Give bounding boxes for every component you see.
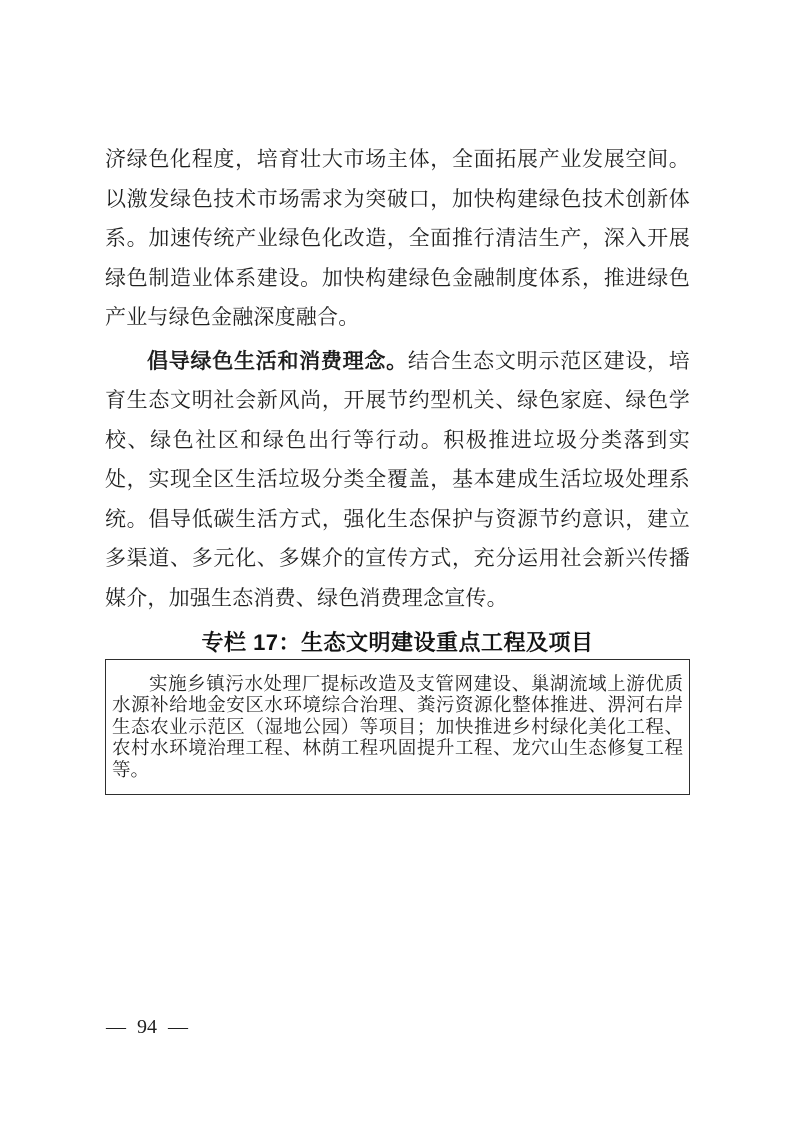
- document-page: 济绿色化程度，培育壮大市场主体，全面拓展产业发展空间。以激发绿色技术市场需求为突…: [0, 0, 793, 1122]
- page-number: — 94 —: [106, 1013, 188, 1041]
- column-box-title: 专栏 17：生态文明建设重点工程及项目: [105, 628, 690, 658]
- paragraph-lead-bold: 倡导绿色生活和消费理念。: [147, 349, 408, 373]
- column-box-body: 实施乡镇污水处理厂提标改造及支管网建设、巢湖流域上游优质水源补给地金安区水环境综…: [112, 675, 683, 782]
- column-box: 实施乡镇污水处理厂提标改造及支管网建设、巢湖流域上游优质水源补给地金安区水环境综…: [105, 659, 690, 795]
- page-content: 济绿色化程度，培育壮大市场主体，全面拓展产业发展空间。以激发绿色技术市场需求为突…: [105, 140, 690, 795]
- paragraph-continuation: 济绿色化程度，培育壮大市场主体，全面拓展产业发展空间。以激发绿色技术市场需求为突…: [105, 140, 690, 338]
- paragraph-body-text: 结合生态文明示范区建设，培育生态文明社会新风尚，开展节约型机关、绿色家庭、绿色学…: [105, 349, 690, 610]
- paragraph-green-consumption: 倡导绿色生活和消费理念。结合生态文明示范区建设，培育生态文明社会新风尚，开展节约…: [105, 342, 690, 619]
